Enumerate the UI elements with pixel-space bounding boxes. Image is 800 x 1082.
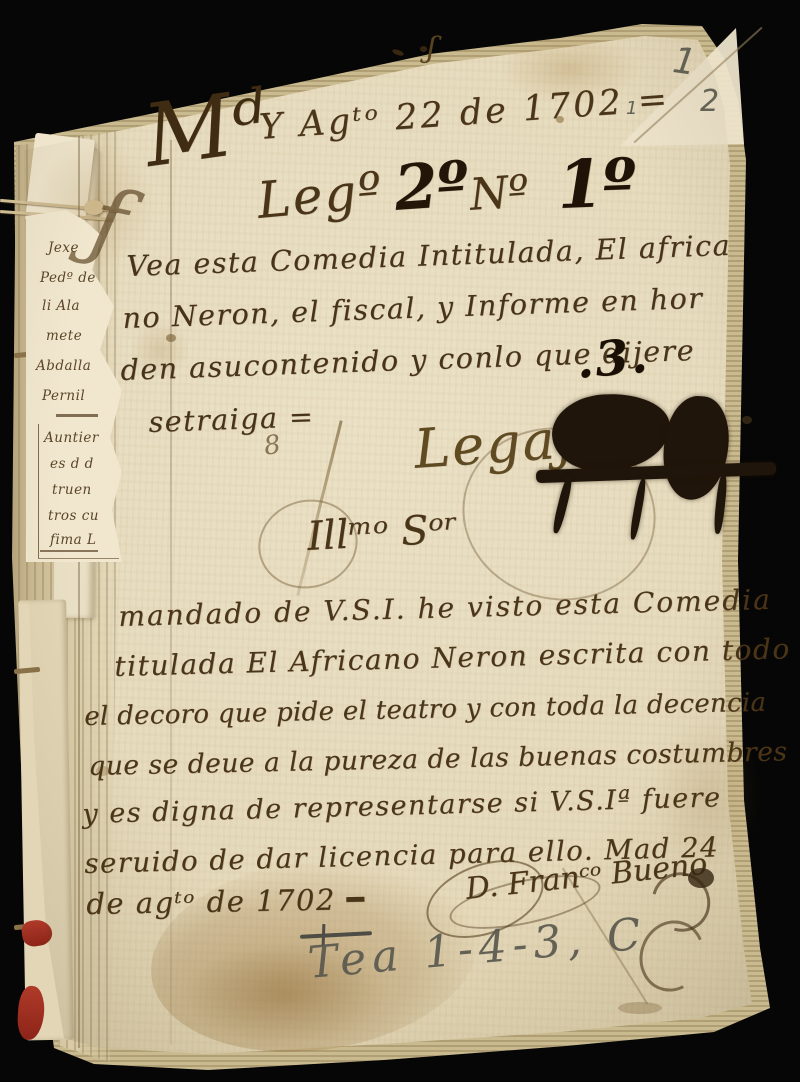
smudge: [618, 1002, 662, 1014]
salutation: Illᵐᵒ Sᵒʳ: [306, 506, 459, 560]
fragment-text-line: fima L: [50, 532, 96, 548]
fragment-text-line: Pernil: [42, 388, 85, 404]
ink-spot: [166, 334, 176, 342]
fragment-text-line: es d d: [50, 456, 94, 472]
numero-number: 1º: [556, 143, 638, 224]
fragment-dash: [56, 414, 98, 417]
fragment-text-line: Jexe: [48, 240, 79, 256]
ink-spot: [392, 48, 405, 57]
fragment-text-line: li Ala: [42, 298, 80, 314]
foxing-spot: [742, 416, 752, 424]
legajo-word: Legº: [255, 161, 386, 230]
torn-paper-strip: [18, 600, 74, 1041]
fragment-text-line: Pedº de: [40, 270, 96, 286]
fragment-text-line: truen: [52, 482, 92, 498]
madrid-abbreviation: Mᵈ: [138, 71, 273, 187]
fragment-text-line: Abdalla: [36, 358, 91, 374]
legajo-number: 2º: [392, 147, 471, 225]
fragment-text-line: Auntier: [44, 430, 99, 446]
signature-rubric-blob: [688, 868, 714, 888]
pencil-folio-number-lower: 2: [700, 84, 719, 119]
legajo-renumber: .3.: [574, 328, 651, 390]
manuscript-photo: 1 2 1 Jexe Pedº de li Ala mete Abdalla P…: [0, 0, 800, 1082]
fragment-underline: [40, 550, 98, 552]
order-note-line: setraiga =: [148, 400, 315, 439]
numero-word: Nº: [468, 166, 531, 221]
fragment-text-line: mete: [46, 328, 82, 344]
fragment-text-line: tros cu: [48, 508, 99, 524]
censor-report-line: de agᵗᵒ de 1702 ━: [86, 882, 366, 921]
